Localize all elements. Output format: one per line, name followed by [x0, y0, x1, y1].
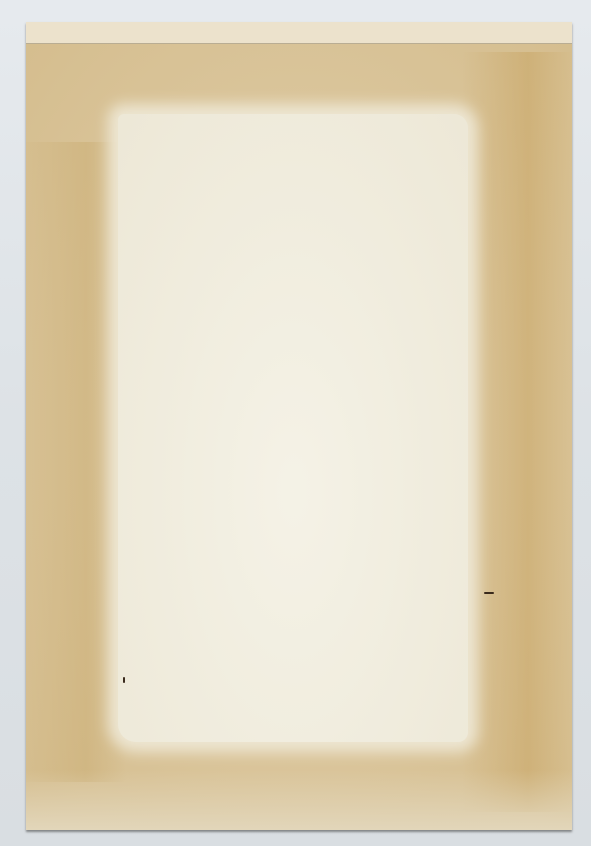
bottom-lighter-band: [26, 770, 572, 830]
speck-mark: [484, 592, 494, 594]
top-edge-strip: [26, 22, 572, 44]
stain-right: [462, 52, 572, 812]
stain-left: [26, 142, 126, 782]
pale-center-area: [118, 114, 468, 742]
aged-card: [26, 22, 572, 830]
speck-mark: [123, 677, 125, 683]
